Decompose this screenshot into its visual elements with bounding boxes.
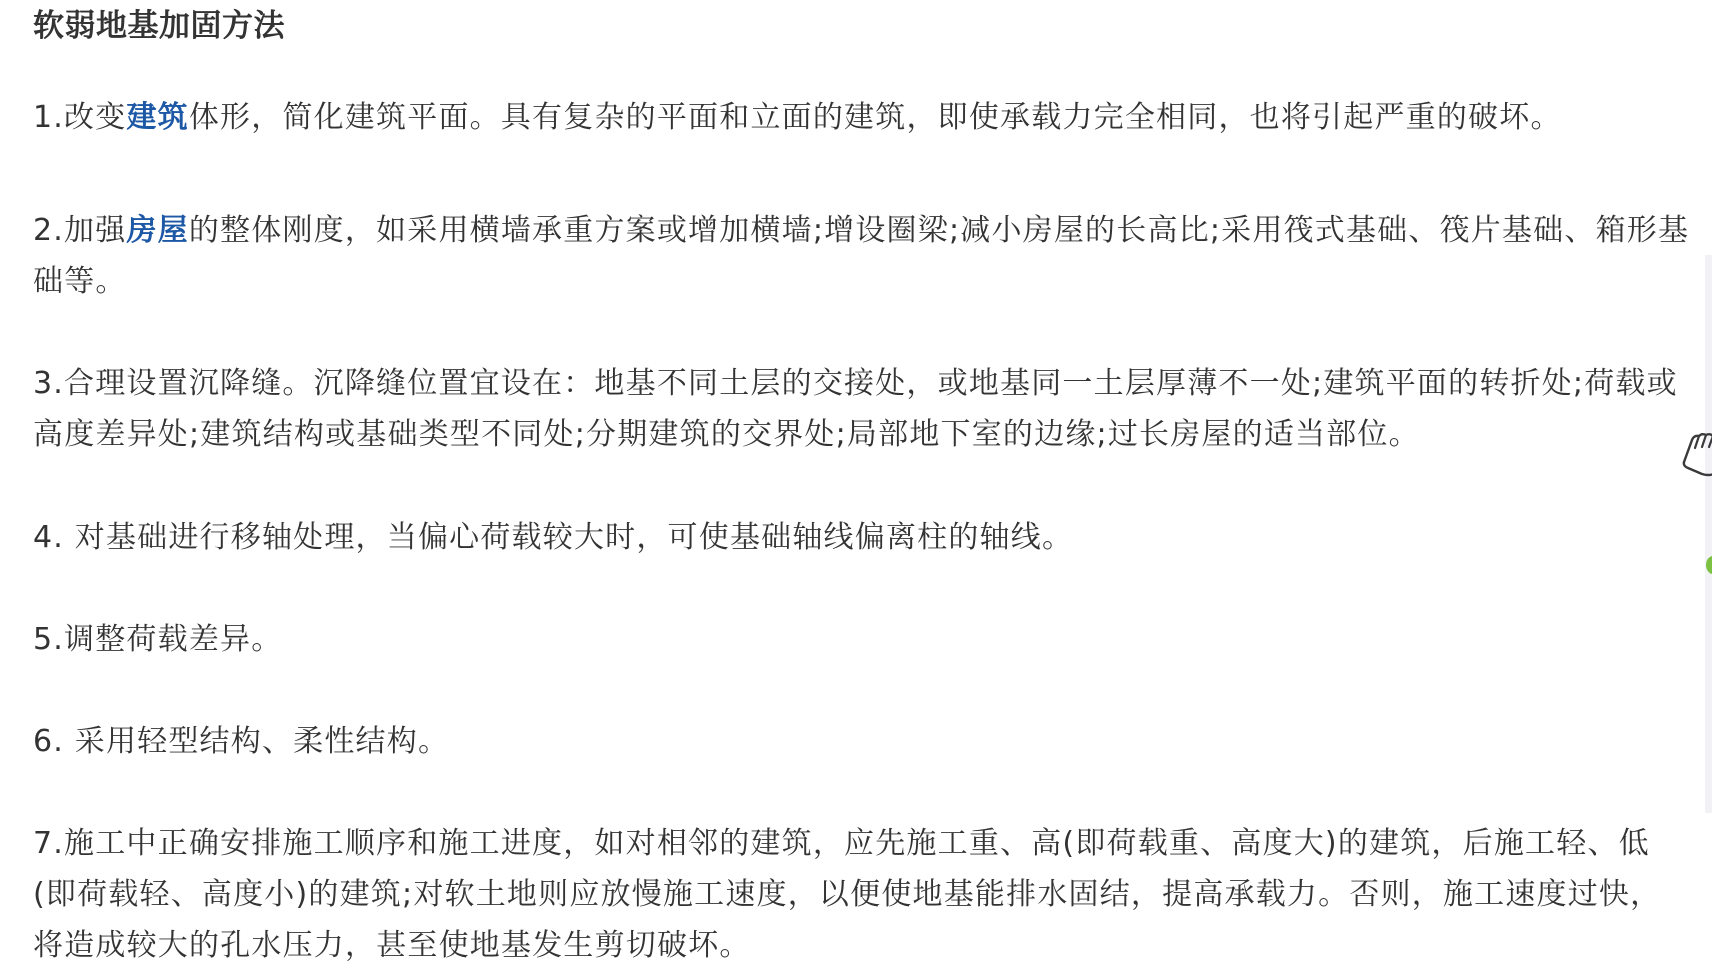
paragraph-line: (即荷载轻、高度小)的建筑;对软土地则应放慢施工速度，以便使地基能排水固结，提高…: [33, 869, 1712, 920]
paragraph-line: 1.改变建筑体形，简化建筑平面。具有复杂的平面和立面的建筑，即使承载力完全相同，…: [33, 92, 1712, 143]
paragraph-line: 5.调整荷载差异。: [33, 614, 1712, 665]
text: 1.改变: [33, 100, 126, 135]
paragraph-5: 5.调整荷载差异。: [33, 614, 1712, 665]
paragraph-line: 础等。: [33, 256, 1712, 307]
text: 2.加强: [33, 213, 126, 248]
paragraph-line: 4. 对基础进行移轴处理，当偏心荷载较大时，可使基础轴线偏离柱的轴线。: [33, 512, 1712, 563]
paragraph-3: 3.合理设置沉降缝。沉降缝位置宜设在：地基不同土层的交接处，或地基同一土层厚薄不…: [33, 358, 1712, 460]
paragraph-line: 2.加强房屋的整体刚度，如采用横墙承重方案或增加横墙;增设圈梁;减小房屋的长高比…: [33, 205, 1712, 256]
paragraph-4: 4. 对基础进行移轴处理，当偏心荷载较大时，可使基础轴线偏离柱的轴线。: [33, 512, 1712, 563]
paragraph-7: 7.施工中正确安排施工顺序和施工进度，如对相邻的建筑，应先施工重、高(即荷载重、…: [33, 818, 1712, 971]
link-fangwu[interactable]: 房屋: [126, 213, 188, 248]
text: 的整体刚度，如采用横墙承重方案或增加横墙;增设圈梁;减小房屋的长高比;采用筏式基…: [189, 213, 1689, 248]
paragraph-1: 1.改变建筑体形，简化建筑平面。具有复杂的平面和立面的建筑，即使承载力完全相同，…: [33, 92, 1712, 143]
floating-side-panel[interactable]: [1705, 255, 1712, 813]
paragraph-line: 将造成较大的孔水压力，甚至使地基发生剪切破坏。: [33, 920, 1712, 971]
text: 体形，简化建筑平面。具有复杂的平面和立面的建筑，即使承载力完全相同，也将引起严重…: [189, 100, 1562, 135]
paragraph-line: 6. 采用轻型结构、柔性结构。: [33, 716, 1712, 767]
paragraph-6: 6. 采用轻型结构、柔性结构。: [33, 716, 1712, 767]
link-jianzhu[interactable]: 建筑: [126, 100, 188, 135]
hand-pointer-icon[interactable]: [1680, 426, 1712, 478]
paragraph-line: 7.施工中正确安排施工顺序和施工进度，如对相邻的建筑，应先施工重、高(即荷载重、…: [33, 818, 1712, 869]
paragraph-2: 2.加强房屋的整体刚度，如采用横墙承重方案或增加横墙;增设圈梁;减小房屋的长高比…: [33, 205, 1712, 307]
paragraph-line: 3.合理设置沉降缝。沉降缝位置宜设在：地基不同土层的交接处，或地基同一土层厚薄不…: [33, 358, 1712, 409]
paragraph-line: 高度差异处;建筑结构或基础类型不同处;分期建筑的交界处;局部地下室的边缘;过长房…: [33, 409, 1712, 460]
article-title: 软弱地基加固方法: [33, 4, 285, 48]
